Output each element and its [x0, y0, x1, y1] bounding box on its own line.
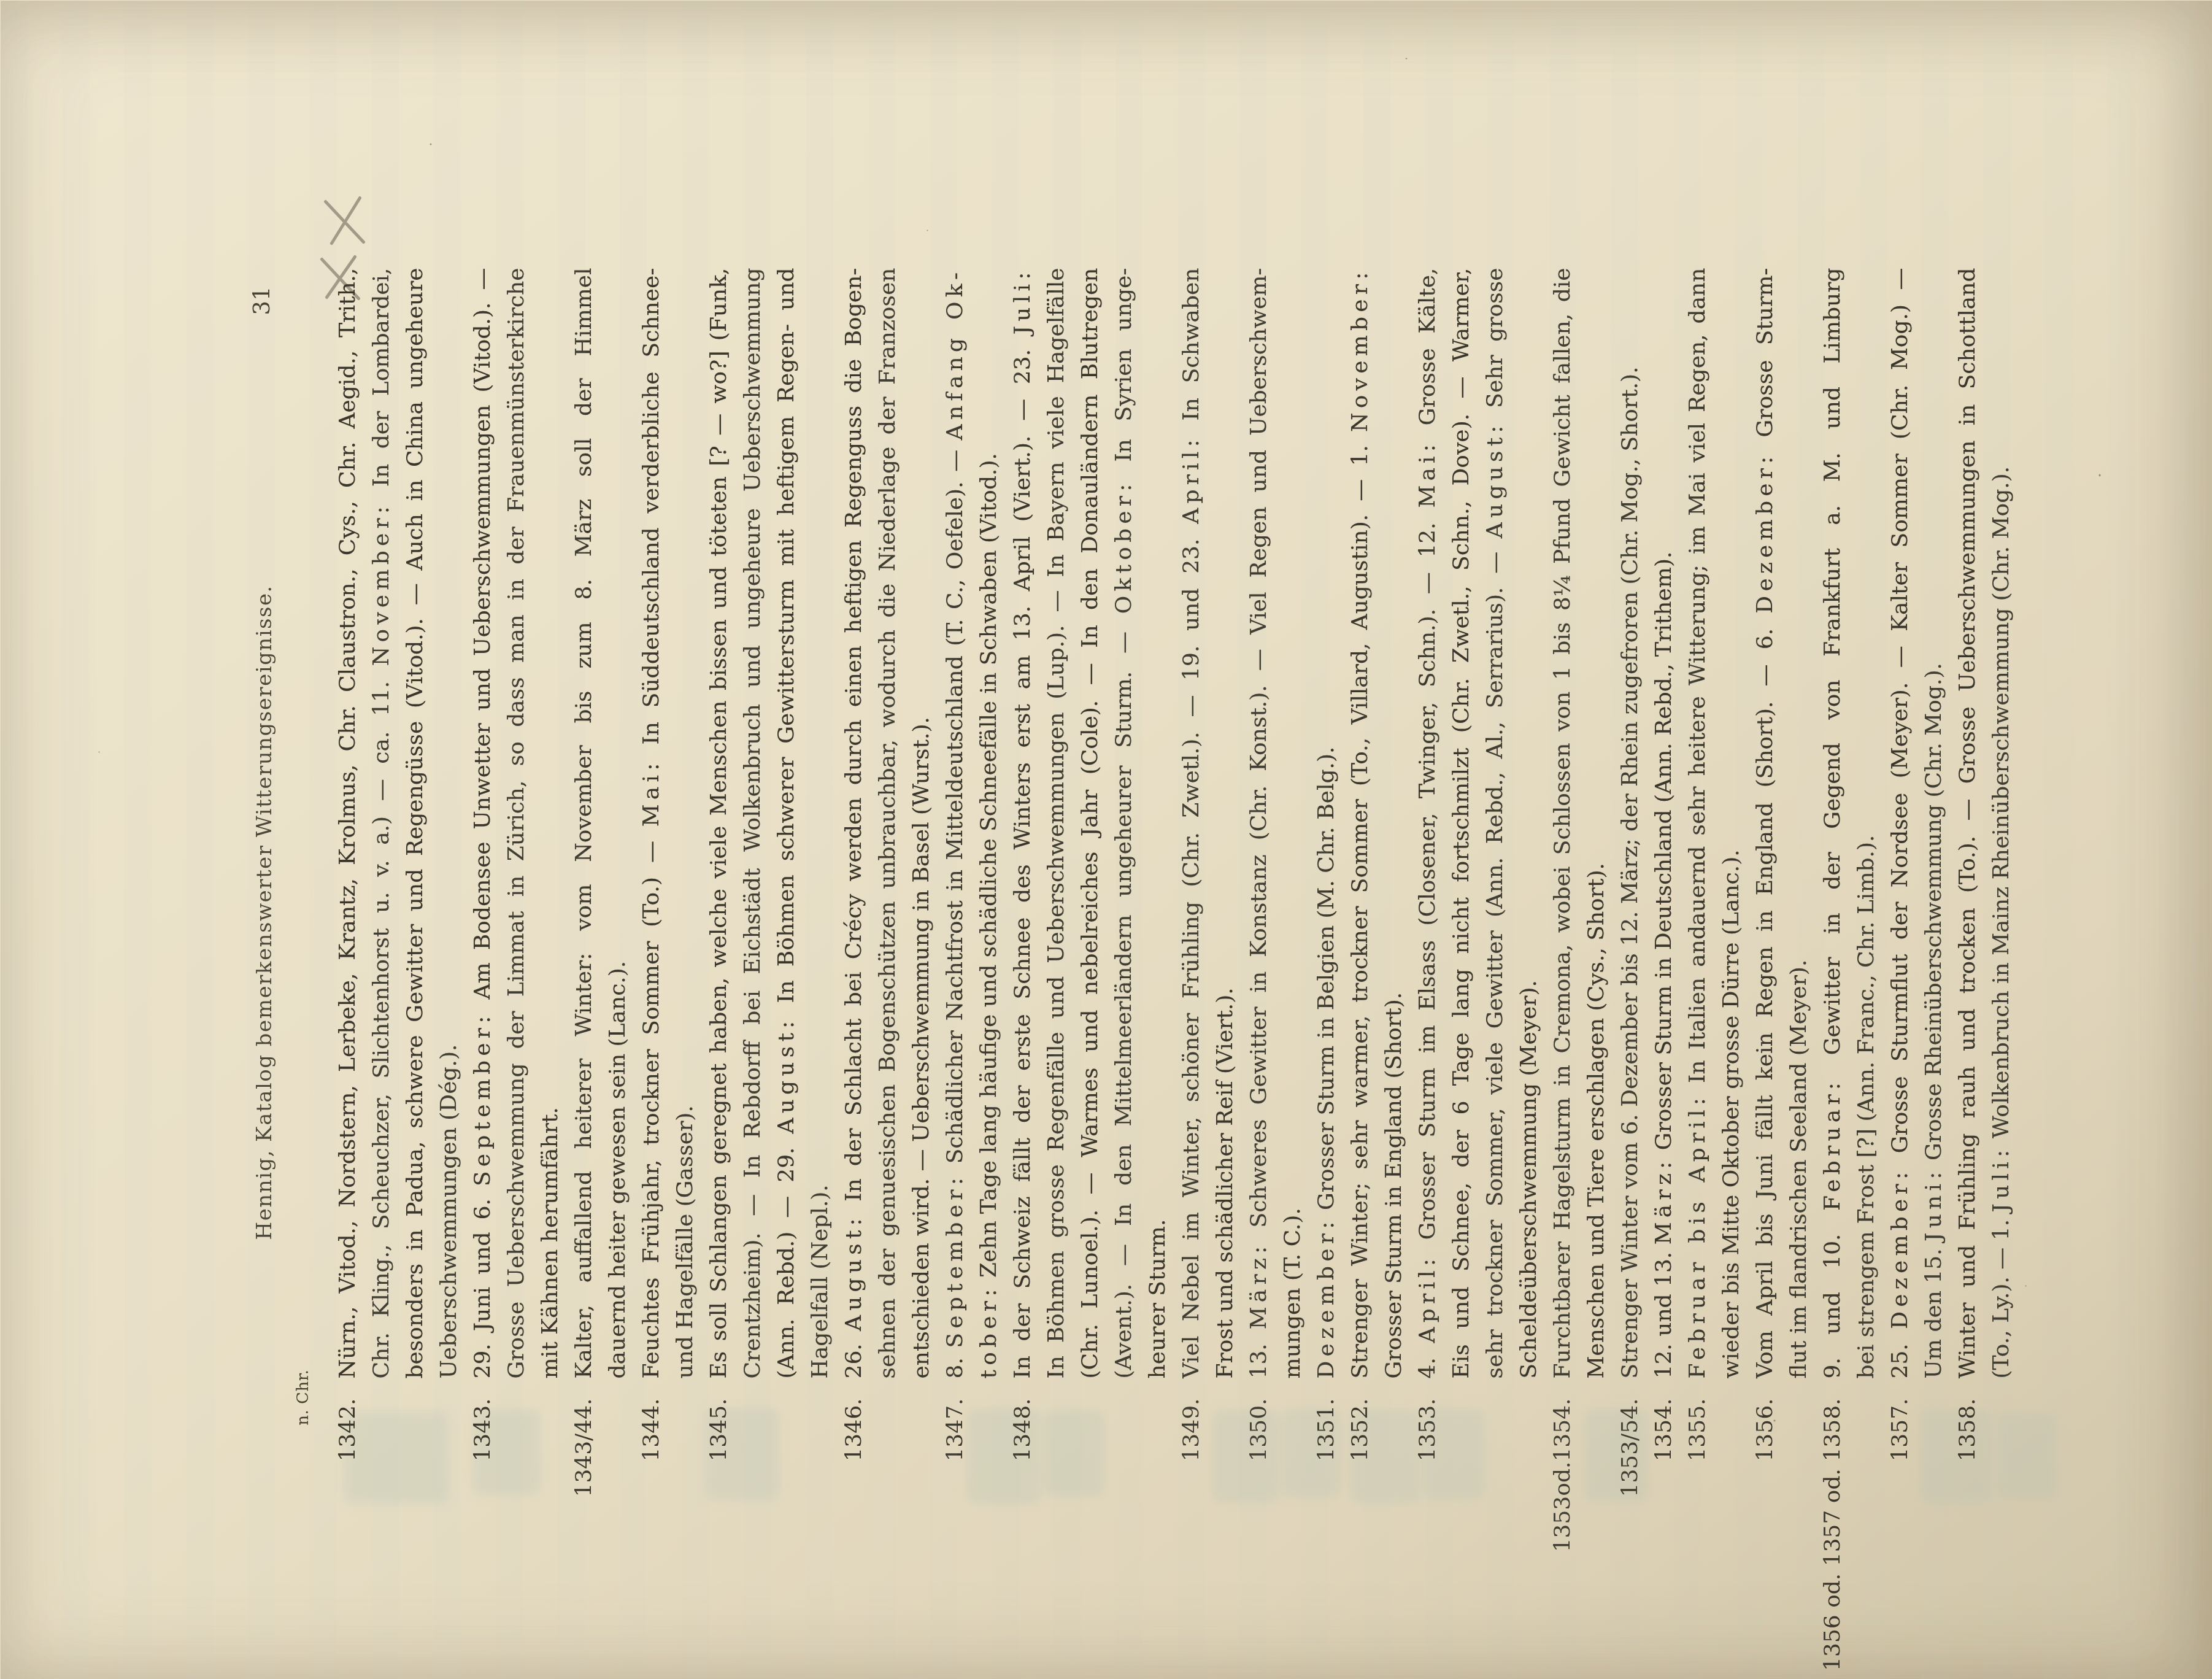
running-header: Hennig, Katalog bemerkenswerter Witterun…	[252, 585, 276, 1240]
letterspaced-date: November:	[368, 501, 393, 665]
letterspaced-date: Dezember:	[1313, 1217, 1338, 1378]
entry-row: 1355.Februar bis April: In Italien andau…	[1680, 268, 1748, 1679]
entry-row: 1354.12. und 13. März: Grosser Sturm in …	[1646, 268, 1680, 1679]
entry-year: 1343/44.	[566, 1398, 600, 1679]
entry-line: Frost und schädlicher Reif (Viert.).	[1208, 268, 1241, 1378]
entry-lines: 26. August: In der Schlacht bei Crécy we…	[836, 268, 938, 1378]
entry-year: 1347.	[938, 1398, 971, 1679]
paper-speck	[430, 143, 431, 145]
entry-row: 1345.Es soll Schlangen geregnet haben, w…	[701, 268, 836, 1679]
entry-year: 1358.	[1950, 1398, 1984, 1679]
entry-line: tober: Zehn Tage lang häufige und schädl…	[971, 268, 1005, 1378]
entry-line: wieder bis Mitte Oktober grosse Dürre (L…	[1714, 268, 1748, 1378]
entry-lines: 12. und 13. März: Grosser Sturm in Deuts…	[1646, 268, 1680, 1378]
letterspaced-date: März:	[1651, 1157, 1676, 1245]
entry-line: (Chr. Lunoel.). — Warmes und nebelreiche…	[1073, 268, 1106, 1378]
entry-year: 1345.	[701, 1398, 735, 1679]
entry-line: In Böhmen grosse Regenfälle und Uebersch…	[1039, 268, 1073, 1378]
entry-lines: 13. März: Schweres Gewitter in Konstanz …	[1241, 268, 1309, 1378]
entry-year: 1342.	[330, 1398, 364, 1679]
entry-lines: Dezember: Grosser Sturm in Belgien (M. C…	[1309, 268, 1343, 1378]
entry-line: Hagelfall (Nepl.).	[803, 268, 836, 1378]
letterspaced-date: September:	[942, 1173, 967, 1348]
entry-line: Chr. Kling., Scheuchzer, Slichtenhorst u…	[364, 268, 398, 1378]
entry-line: mungen (T. C.).	[1275, 268, 1309, 1378]
entry-year: 1344.	[634, 1398, 668, 1679]
entry-line: Kalter, auffallend heiterer Winter: vom …	[566, 268, 600, 1378]
entry-line: Feuchtes Frühjahr, trockner Sommer (To.)…	[634, 268, 668, 1378]
entry-lines: Furchtbarer Hagelsturm in Cremona, wobei…	[1545, 268, 1613, 1378]
entry-lines: Strenger Winter; sehr warmer, trockner S…	[1343, 268, 1410, 1378]
entry-row: 1343/44.Kalter, auffallend heiterer Wint…	[566, 268, 634, 1679]
paper-sheet: Hennig, Katalog bemerkenswerter Witterun…	[0, 0, 2212, 1679]
entry-lines: 4. April: Grosser Sturm im Elsass (Close…	[1410, 268, 1545, 1378]
entry-line: entschieden wird. — Ueberschwemmung in B…	[904, 268, 938, 1378]
letterspaced-date: August:	[1482, 421, 1507, 538]
entry-year: 1346.	[836, 1398, 870, 1679]
paper-speck	[2025, 1285, 2026, 1286]
entry-year: 1352.	[1343, 1398, 1376, 1679]
entry-line: 13. März: Schweres Gewitter in Konstanz …	[1241, 268, 1275, 1378]
entry-line: 25. Dezember: Grosse Sturmflut der Nords…	[1883, 268, 1916, 1378]
entry-year: 1353.	[1410, 1398, 1444, 1679]
entry-year: 1349.	[1174, 1398, 1208, 1679]
letterspaced-date: Juni:	[1921, 1167, 1946, 1241]
entry-line: besonders in Padua, schwere Gewitter und…	[398, 268, 431, 1378]
entry-line: Ueberschwemmungen (Dég.).	[431, 268, 465, 1378]
paper-speck	[927, 230, 928, 231]
entry-line: Crentzheim). — In Rebdorff bei Eichstädt…	[735, 268, 769, 1378]
entry-lines: In der Schweiz fällt der erste Schnee de…	[1005, 268, 1174, 1378]
entry-line: (To., Ly.). — 1. Juli: Wolkenbruch in Ma…	[1984, 268, 2017, 1378]
entry-row: 1357.25. Dezember: Grosse Sturmflut der …	[1883, 268, 1950, 1679]
letterspaced-date: Dezember:	[1752, 452, 1777, 613]
entry-year: 1356.	[1748, 1398, 1781, 1679]
entry-line: Februar bis April: In Italien andauernd …	[1680, 268, 1714, 1378]
entry-line: 8. September: Schädlicher Nachtfrost in …	[938, 268, 971, 1378]
entry-lines: 9. und 10. Februar: Gewitter in der Gege…	[1815, 268, 1883, 1378]
entry-line: Winter und Frühling rauh und trocken (To…	[1950, 268, 1984, 1378]
entry-row: 1353/54.Strenger Winter vom 6. Dezember …	[1613, 268, 1646, 1679]
entry-lines: Nürn., Vitod., Nordstern, Lerbeke, Krant…	[330, 268, 465, 1378]
entry-line: (Avent.). — In den Mittelmeerländern ung…	[1106, 268, 1140, 1378]
entry-line: Eis und Schnee, der 6 Tage lang nicht fo…	[1444, 268, 1478, 1378]
entry-line: Menschen und Tiere erschlagen (Cys., Sho…	[1579, 268, 1613, 1378]
entry-line: Grosse Ueberschwemmung der Limmat in Zür…	[499, 268, 533, 1378]
entry-row: 1351.Dezember: Grosser Sturm in Belgien …	[1309, 268, 1343, 1679]
entry-line: heurer Sturm.	[1140, 268, 1174, 1378]
entry-row: 1342.Nürn., Vitod., Nordstern, Lerbeke, …	[330, 268, 465, 1679]
entry-lines: Februar bis April: In Italien andauernd …	[1680, 268, 1748, 1378]
entry-lines: Kalter, auffallend heiterer Winter: vom …	[566, 268, 634, 1378]
entry-year: 1354.	[1646, 1398, 1680, 1679]
letterspaced-date: August:	[773, 1016, 798, 1133]
entries: 1342.Nürn., Vitod., Nordstern, Lerbeke, …	[330, 268, 2017, 1679]
letterspaced-date: Mai:	[1414, 439, 1439, 508]
entry-row: 1353od.1354.Furchtbarer Hagelsturm in Cr…	[1545, 268, 1613, 1679]
entry-lines: Feuchtes Frühjahr, trockner Sommer (To.)…	[634, 268, 701, 1378]
entry-line: Nürn., Vitod., Nordstern, Lerbeke, Krant…	[330, 268, 364, 1378]
entry-year: 1351.	[1309, 1398, 1343, 1679]
entry-lines: Viel Nebel im Winter, schöner Frühling (…	[1174, 268, 1241, 1378]
paper-speck	[1405, 58, 1407, 59]
entry-lines: 25. Dezember: Grosse Sturmflut der Nords…	[1883, 268, 1950, 1378]
letterspaced-date: März:	[1246, 1241, 1271, 1329]
entry-line: Um den 15. Juni: Grosse Rheinüberschwemm…	[1916, 268, 1950, 1378]
entry-year: 1355.	[1680, 1398, 1714, 1679]
letterspaced-date: Februar bis April:	[1684, 1093, 1709, 1378]
entry-line: (Ann. Rebd.) — 29. August: In Böhmen sch…	[769, 268, 803, 1378]
entry-line: In der Schweiz fällt der erste Schnee de…	[1005, 268, 1039, 1378]
letterspaced-date: Juli:	[1009, 268, 1035, 334]
letterspaced-date: Oktober:	[1111, 479, 1136, 614]
entry-lines: Vom April bis Juni fällt kein Regen in E…	[1748, 268, 1815, 1378]
entry-lines: Winter und Frühling rauh und trocken (To…	[1950, 268, 2017, 1378]
scanned-book-page: Hennig, Katalog bemerkenswerter Witterun…	[0, 0, 2212, 1679]
entry-year: 1353/54.	[1613, 1398, 1646, 1679]
letterspaced-date: September:	[469, 1011, 495, 1186]
entry-line: 12. und 13. März: Grosser Sturm in Deuts…	[1646, 268, 1680, 1378]
letterspaced-date: August:	[841, 1214, 866, 1331]
entry-line: 26. August: In der Schlacht bei Crécy we…	[836, 268, 870, 1378]
entry-row: 1346.26. August: In der Schlacht bei Cré…	[836, 268, 938, 1679]
entry-line: Grosser Sturm in England (Short).	[1376, 268, 1410, 1378]
letterspaced-date: Juli:	[1988, 1145, 2013, 1212]
entry-line: Viel Nebel im Winter, schöner Frühling (…	[1174, 268, 1208, 1378]
entry-line: 4. April: Grosser Sturm im Elsass (Close…	[1410, 268, 1444, 1378]
entry-row: 1352.Strenger Winter; sehr warmer, trock…	[1343, 268, 1410, 1679]
entry-line: bei strengem Frost [?] (Ann. Franc., Chr…	[1849, 268, 1883, 1378]
letterspaced-date: Februar:	[1819, 1078, 1844, 1210]
entry-line: mit Kähnen herumfährt.	[533, 268, 566, 1378]
era-label: n. Chr.	[293, 1369, 312, 1679]
entry-row: 1350.13. März: Schweres Gewitter in Kons…	[1241, 268, 1309, 1679]
entry-year: 1357.	[1883, 1398, 1916, 1679]
entry-line: Scheldeüberschwemmung (Meyer).	[1511, 268, 1545, 1378]
entry-year: 1356 od. 1357 od. 1358.	[1815, 1398, 1849, 1679]
entry-lines: 29. Juni und 6. September: Am Bodensee U…	[465, 268, 566, 1378]
paper-speck	[2098, 474, 2100, 476]
letterspaced-date: tober:	[976, 1284, 1001, 1378]
entry-row: 1349.Viel Nebel im Winter, schöner Frühl…	[1174, 268, 1241, 1679]
page-number: 31	[248, 286, 274, 341]
entry-lines: Strenger Winter vom 6. Dezember bis 12. …	[1613, 268, 1646, 1378]
entry-row: 1347.8. September: Schädlicher Nachtfros…	[938, 268, 1005, 1679]
entry-row: 1344.Feuchtes Frühjahr, trockner Sommer …	[634, 268, 701, 1679]
entry-line: Strenger Winter; sehr warmer, trockner S…	[1343, 268, 1376, 1378]
entry-line: flut im flandrischen Seeland (Meyer).	[1781, 268, 1815, 1378]
entry-row: 1358.Winter und Frühling rauh und trocke…	[1950, 268, 2017, 1679]
letterspaced-date: November:	[1347, 268, 1372, 431]
entry-line: sehnen der genuesischen Bogenschützen un…	[870, 268, 904, 1378]
paper-speck	[98, 751, 99, 752]
entry-row: 1343.29. Juni und 6. September: Am Boden…	[465, 268, 566, 1679]
entry-line: und Hagelfälle (Gasser).	[668, 268, 701, 1378]
letterspaced-date: Dezember:	[1887, 1167, 1912, 1329]
entry-line: Strenger Winter vom 6. Dezember bis 12. …	[1613, 268, 1646, 1378]
entry-line: Vom April bis Juni fällt kein Regen in E…	[1748, 268, 1781, 1378]
entry-line: Furchtbarer Hagelsturm in Cremona, wobei…	[1545, 268, 1579, 1378]
entry-year: 1348.	[1005, 1398, 1039, 1679]
entry-line: Dezember: Grosser Sturm in Belgien (M. C…	[1309, 268, 1343, 1378]
entry-row: 1353.4. April: Grosser Sturm im Elsass (…	[1410, 268, 1545, 1679]
entry-line: dauernd heiter gewesen sein (Lanc.).	[600, 268, 634, 1378]
entry-row: 1356 od. 1357 od. 1358.9. und 10. Februa…	[1815, 268, 1883, 1679]
letterspaced-date: Anfang Ok-	[942, 268, 967, 440]
entry-row: 1356.Vom April bis Juni fällt kein Regen…	[1748, 268, 1815, 1679]
entry-line: 9. und 10. Februar: Gewitter in der Gege…	[1815, 268, 1849, 1378]
entry-lines: 8. September: Schädlicher Nachtfrost in …	[938, 268, 1005, 1378]
entry-row: 1348.In der Schweiz fällt der erste Schn…	[1005, 268, 1174, 1679]
entry-year: 1350.	[1241, 1398, 1275, 1679]
letterspaced-date: April:	[1414, 1254, 1439, 1343]
letterspaced-date: Mai:	[638, 758, 663, 827]
letterspaced-date: April:	[1178, 435, 1203, 524]
entry-line: sehr trockner Sommer, viele Gewitter (An…	[1478, 268, 1511, 1378]
entry-lines: Es soll Schlangen geregnet haben, welche…	[701, 268, 836, 1378]
entry-line: 29. Juni und 6. September: Am Bodensee U…	[465, 268, 499, 1378]
entry-line: Es soll Schlangen geregnet haben, welche…	[701, 268, 735, 1378]
entry-year: 1343.	[465, 1398, 499, 1679]
entry-year: 1353od.1354.	[1545, 1398, 1579, 1679]
